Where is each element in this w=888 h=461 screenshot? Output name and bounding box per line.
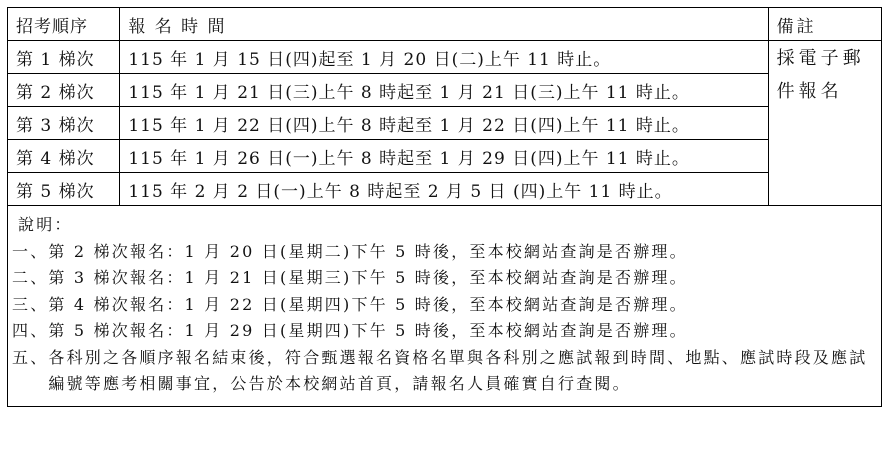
note-number: 三、 bbox=[12, 292, 48, 319]
note-item: 一、 第 2 梯次報名：1 月 20 日(星期二)下午 5 時後，至本校網站查詢… bbox=[12, 239, 873, 266]
row-time: 115 年 1 月 15 日(四)起至 1 月 20 日(二)上午 11 時止。 bbox=[120, 41, 768, 74]
header-order: 招考順序 bbox=[8, 8, 120, 41]
row-time: 115 年 1 月 21 日(三)上午 8 時起至 1 月 21 日(三)上午 … bbox=[120, 74, 768, 107]
row-order: 第 1 梯次 bbox=[8, 41, 120, 74]
note-text: 第 2 梯次報名：1 月 20 日(星期二)下午 5 時後，至本校網站查詢是否辦… bbox=[48, 239, 873, 266]
header-remarks: 備註 bbox=[768, 8, 881, 41]
registration-schedule-table: 招考順序 報 名 時 間 備註 第 1 梯次 115 年 1 月 15 日(四)… bbox=[7, 7, 882, 407]
table-row: 第 3 梯次 115 年 1 月 22 日(四)上午 8 時起至 1 月 22 … bbox=[8, 107, 882, 140]
notes-heading: 說明： bbox=[12, 212, 873, 239]
row-time: 115 年 1 月 26 日(一)上午 8 時起至 1 月 29 日(四)上午 … bbox=[120, 140, 768, 173]
note-text: 第 3 梯次報名：1 月 21 日(星期三)下午 5 時後，至本校網站查詢是否辦… bbox=[48, 265, 873, 292]
table-row: 第 2 梯次 115 年 1 月 21 日(三)上午 8 時起至 1 月 21 … bbox=[8, 74, 882, 107]
remark-cell: 採電子郵件報名 bbox=[768, 41, 881, 206]
row-order: 第 3 梯次 bbox=[8, 107, 120, 140]
note-number: 五、 bbox=[12, 345, 48, 398]
table-row: 第 5 梯次 115 年 2 月 2 日(一)上午 8 時起至 2 月 5 日 … bbox=[8, 173, 882, 206]
note-item: 四、 第 5 梯次報名：1 月 29 日(星期四)下午 5 時後，至本校網站查詢… bbox=[12, 318, 873, 345]
row-order: 第 4 梯次 bbox=[8, 140, 120, 173]
row-time: 115 年 1 月 22 日(四)上午 8 時起至 1 月 22 日(四)上午 … bbox=[120, 107, 768, 140]
note-number: 一、 bbox=[12, 239, 48, 266]
note-number: 四、 bbox=[12, 318, 48, 345]
row-order: 第 5 梯次 bbox=[8, 173, 120, 206]
note-item: 三、 第 4 梯次報名：1 月 22 日(星期四)下午 5 時後，至本校網站查詢… bbox=[12, 292, 873, 319]
note-text: 第 4 梯次報名：1 月 22 日(星期四)下午 5 時後，至本校網站查詢是否辦… bbox=[48, 292, 873, 319]
note-item: 五、 各科別之各順序報名結束後，符合甄選報名資格名單與各科別之應試報到時間、地點… bbox=[12, 345, 873, 398]
note-item: 二、 第 3 梯次報名：1 月 21 日(星期三)下午 5 時後，至本校網站查詢… bbox=[12, 265, 873, 292]
table-header-row: 招考順序 報 名 時 間 備註 bbox=[8, 8, 882, 41]
row-time: 115 年 2 月 2 日(一)上午 8 時起至 2 月 5 日 (四)上午 1… bbox=[120, 173, 768, 206]
notes-cell: 說明： 一、 第 2 梯次報名：1 月 20 日(星期二)下午 5 時後，至本校… bbox=[8, 206, 882, 407]
note-number: 二、 bbox=[12, 265, 48, 292]
note-text: 第 5 梯次報名：1 月 29 日(星期四)下午 5 時後，至本校網站查詢是否辦… bbox=[48, 318, 873, 345]
notes-row: 說明： 一、 第 2 梯次報名：1 月 20 日(星期二)下午 5 時後，至本校… bbox=[8, 206, 882, 407]
note-text: 各科別之各順序報名結束後，符合甄選報名資格名單與各科別之應試報到時間、地點、應試… bbox=[48, 345, 873, 398]
table-row: 第 4 梯次 115 年 1 月 26 日(一)上午 8 時起至 1 月 29 … bbox=[8, 140, 882, 173]
row-order: 第 2 梯次 bbox=[8, 74, 120, 107]
header-registration-time: 報 名 時 間 bbox=[120, 8, 768, 41]
table-row: 第 1 梯次 115 年 1 月 15 日(四)起至 1 月 20 日(二)上午… bbox=[8, 41, 882, 74]
